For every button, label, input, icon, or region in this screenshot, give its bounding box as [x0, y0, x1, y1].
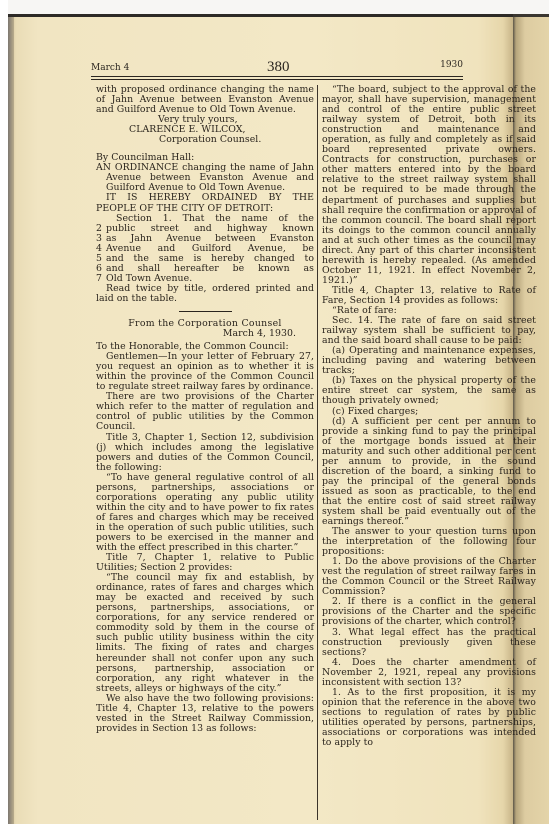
enacting-clause: IT IS HEREBY ORDAINED BY THE PEOPLE OF T…	[96, 193, 314, 213]
section-rule	[179, 311, 232, 312]
proposition: 4. Does the charter amendment of Novembe…	[322, 658, 536, 688]
paragraph: Gentlemen—In your letter of February 27,…	[96, 352, 314, 392]
list-item: (d) A sufficient per cent per annum to p…	[322, 417, 536, 528]
page-edge-shadow	[8, 17, 14, 824]
signer-title: Corporation Counsel.	[96, 135, 314, 145]
proposition: 2. If there is a conflict in the general…	[322, 597, 536, 627]
paragraph: Title 3, Chapter 1, Section 12, subdivis…	[96, 433, 314, 473]
quoted-paragraph: “The board, subject to the approval of t…	[322, 85, 536, 286]
continuation-text: with proposed ordinance changing the nam…	[96, 85, 314, 115]
proposition: 1. Do the above provisions of the Charte…	[322, 557, 536, 597]
paragraph: The answer to your question turns upon t…	[322, 527, 536, 557]
paragraph: We also have the two following provision…	[96, 694, 314, 734]
page-header: March 4 380 1930	[91, 56, 463, 76]
ordinance-title: AN ORDINANCE changing the name of Jahn A…	[96, 163, 314, 193]
page-number: 380	[267, 59, 290, 76]
scan-background	[0, 0, 549, 14]
header-date: March 4	[91, 63, 129, 73]
paragraph: 1. As to the first proposition, it is my…	[322, 688, 536, 748]
column-divider	[317, 85, 318, 820]
header-year: 1930	[440, 60, 463, 70]
list-item: (b) Taxes on the physical property of th…	[322, 376, 536, 406]
quoted-paragraph: “To have general regulative control of a…	[96, 473, 314, 553]
quoted-paragraph: “The council may fix and establish, by o…	[96, 573, 314, 694]
scan-margin	[0, 0, 8, 824]
left-column: with proposed ordinance changing the nam…	[96, 85, 314, 734]
paragraph: Sec. 14. The rate of fare on said street…	[322, 316, 536, 346]
header-rule	[91, 76, 463, 80]
paragraph: Title 4, Chapter 13, relative to Rate of…	[322, 286, 536, 306]
action-text: Read twice by title, ordered printed and…	[96, 284, 314, 304]
paragraph: There are two provisions of the Charter …	[96, 392, 314, 432]
letter-date: March 4, 1930.	[96, 329, 314, 339]
list-item: (a) Operating and maintenance expenses, …	[322, 346, 536, 376]
ordinance-section: Section 1. That the name of the 2 public…	[96, 214, 314, 284]
right-column: “The board, subject to the approval of t…	[322, 85, 536, 748]
proposition: 3. What legal effect has the practical c…	[322, 628, 536, 658]
paragraph: Title 7, Chapter 1, relative to Public U…	[96, 553, 314, 573]
line-number: 7	[96, 274, 106, 284]
